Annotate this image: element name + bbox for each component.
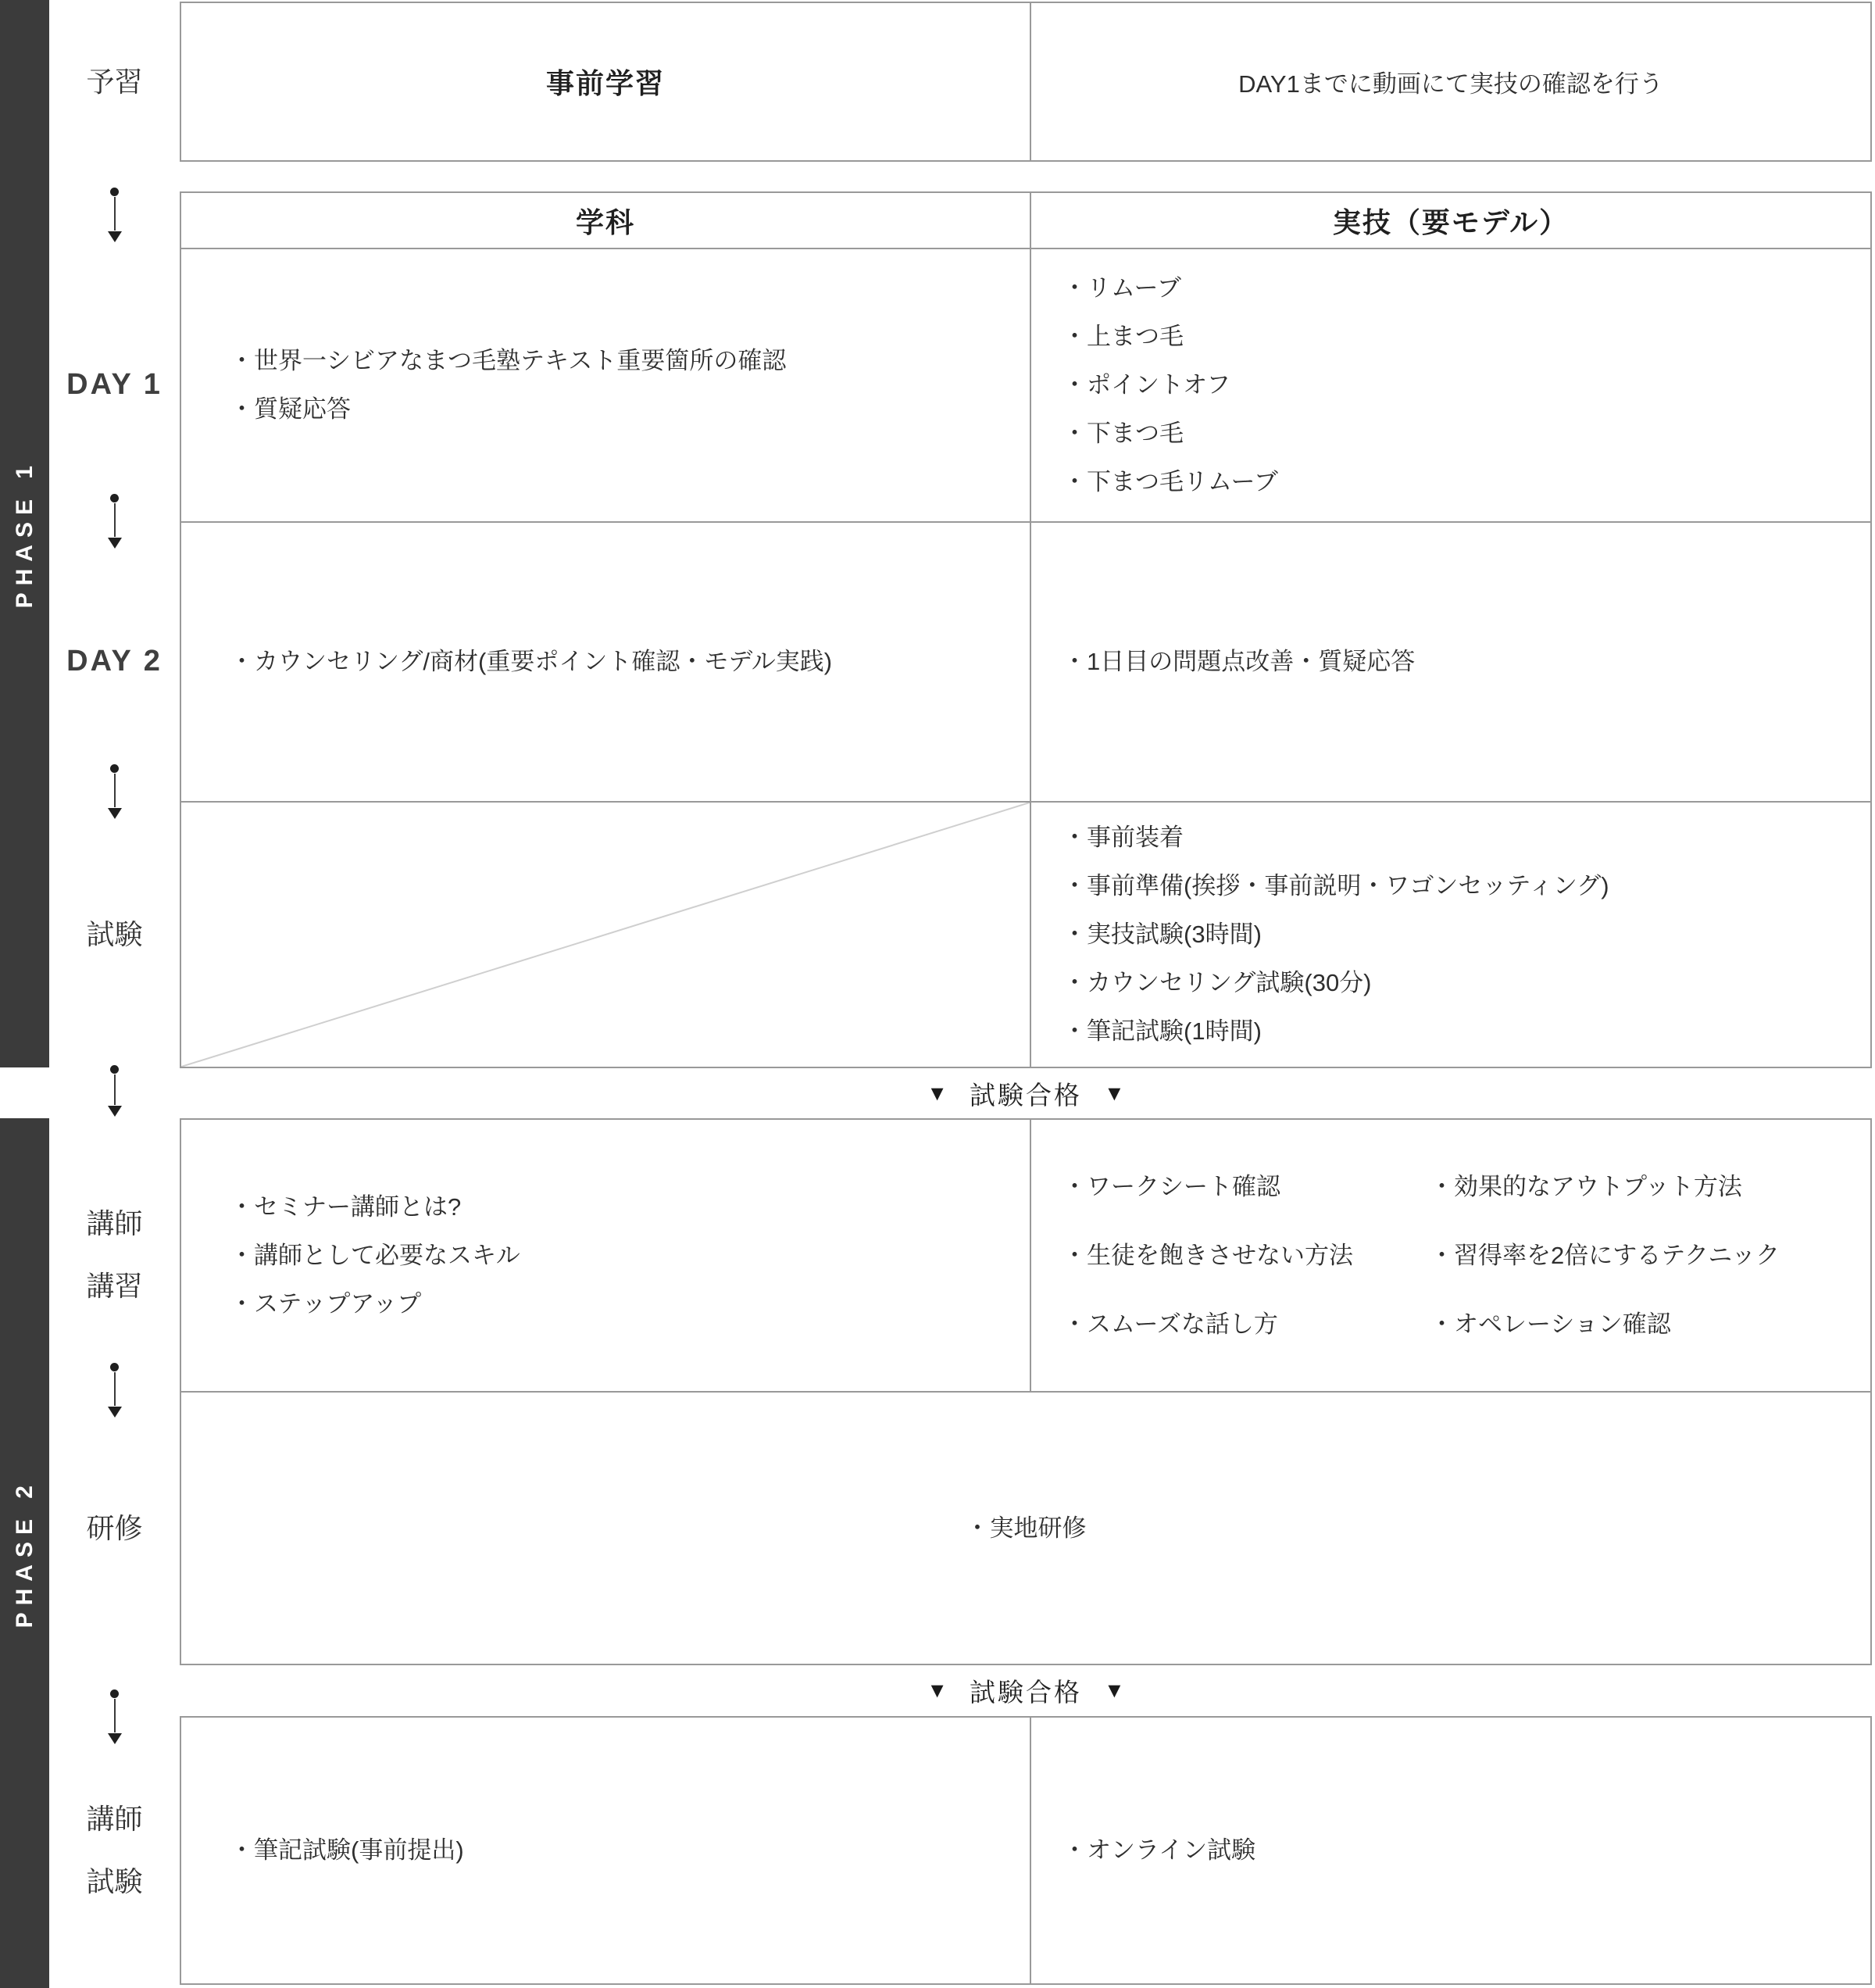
list-item: ・上まつ毛 <box>1062 313 1870 361</box>
flow-arrow-icon <box>49 1689 180 1744</box>
list-item: ・カウンセリング試験(30分) <box>1062 959 1870 1007</box>
header-practical: 実技（要モデル） <box>1333 201 1569 241</box>
list-item: ・オペレーション確認 <box>1430 1290 1870 1359</box>
header-academic: 学科 <box>576 201 635 241</box>
down-triangle-icon: ▼ <box>1104 1083 1125 1104</box>
list-item: ・筆記試験(事前提出) <box>230 1826 1030 1875</box>
prep-table: 事前学習 DAY1までに動画にて実技の確認を行う <box>180 2 1872 162</box>
row-label-prep-text: 予習 <box>86 51 142 113</box>
list-item: ・世界一シビアなまつ毛塾テキスト重要箇所の確認 <box>230 337 1030 385</box>
instructor-exam-practical-cell: ・オンライン試験 <box>1031 1718 1870 1983</box>
row-label-training-text: 研修 <box>86 1497 142 1560</box>
instructor-exam-table: ・筆記試験(事前提出) ・オンライン試験 <box>180 1716 1872 1985</box>
practical-subcolumn-1: ・ワークシート確認 ・生徒を飽きさせない方法 ・スムーズな話し方 <box>1062 1120 1430 1391</box>
phase2-label: PHASE 2 <box>12 1478 38 1628</box>
training-cell: ・実地研修 <box>181 1393 1870 1664</box>
arrow-head-icon <box>108 1733 122 1744</box>
arrow-head-icon <box>108 231 122 242</box>
arrow-head-icon <box>108 538 122 549</box>
list-item: ・ワークシート確認 <box>1062 1153 1430 1221</box>
list-item: ・習得率を2倍にするテクニック <box>1430 1221 1870 1290</box>
arrow-line <box>114 197 116 231</box>
row-label-day1-text: DAY 1 <box>66 367 162 402</box>
row-label-training: 研修 <box>49 1391 180 1665</box>
list-item: ・講師として必要なスキル <box>230 1232 1030 1280</box>
flow-arrow-icon <box>49 764 180 819</box>
arrow-dot <box>110 494 119 502</box>
day2-practical-cell: ・1日目の問題点改善・質疑応答 <box>1031 523 1870 801</box>
exam-practical-cell: ・事前装着 ・事前準備(挨拶・事前説明・ワゴンセッティング) ・実技試験(3時間… <box>1031 803 1870 1067</box>
list-item: ・ステップアップ <box>230 1280 1030 1328</box>
exam-academic-cell-empty <box>181 803 1031 1067</box>
list-item: ・カウンセリング/商材(重要ポイント確認・モデル実践) <box>230 638 1030 686</box>
row-label-instructor-course-line2: 講習 <box>86 1255 142 1318</box>
list-item: ・質疑応答 <box>230 385 1030 434</box>
training-row: ・実地研修 <box>181 1393 1870 1664</box>
curriculum-flow-diagram: PHASE 1 PHASE 2 予習 DAY 1 DAY 2 試験 講師 講習 … <box>0 0 1875 1988</box>
arrow-line <box>114 1372 116 1406</box>
instructor-course-academic-cell: ・セミナー講師とは? ・講師として必要なスキル ・ステップアップ <box>181 1120 1031 1391</box>
exam-pass-banner: ▼ 試験合格 ▼ <box>180 1068 1872 1118</box>
header-academic-cell: 学科 <box>181 193 1031 248</box>
flow-arrow-icon <box>49 1363 180 1418</box>
prep-title: 事前学習 <box>546 62 665 102</box>
practical-subcolumn-2: ・効果的なアウトプット方法 ・習得率を2倍にするテクニック ・オペレーション確認 <box>1430 1120 1870 1391</box>
list-item: ・セミナー講師とは? <box>230 1183 1030 1232</box>
prep-note: DAY1までに動画にて実技の確認を行う <box>1238 64 1663 99</box>
phase1-label: PHASE 1 <box>12 459 38 608</box>
instructor-exam-academic-cell: ・筆記試験(事前提出) <box>181 1718 1031 1983</box>
column-header-row: 学科 実技（要モデル） <box>181 193 1870 249</box>
day1-academic-cell: ・世界一シビアなまつ毛塾テキスト重要箇所の確認 ・質疑応答 <box>181 249 1031 521</box>
row-label-instructor-course: 講師 講習 <box>49 1118 180 1391</box>
exam-pass-label: 試験合格 <box>970 1075 1082 1112</box>
list-item: ・生徒を飽きさせない方法 <box>1062 1221 1430 1290</box>
prep-right-cell: DAY1までに動画にて実技の確認を行う <box>1031 3 1870 160</box>
row-label-instructor-course-line1: 講師 <box>86 1192 142 1255</box>
exam-pass-banner: ▼ 試験合格 ▼ <box>180 1665 1872 1716</box>
list-item: ・実技試験(3時間) <box>1062 910 1870 959</box>
row-label-day2-text: DAY 2 <box>66 644 162 678</box>
row-label-prep: 予習 <box>49 2 180 162</box>
arrow-line <box>114 1699 116 1732</box>
arrow-dot <box>110 1363 119 1371</box>
flow-arrow-icon <box>49 494 180 549</box>
arrow-head-icon <box>108 808 122 819</box>
flow-arrow-icon <box>49 1065 180 1117</box>
arrow-dot <box>110 1689 119 1698</box>
list-item: ・筆記試験(1時間) <box>1062 1007 1870 1056</box>
day2-row: ・カウンセリング/商材(重要ポイント確認・モデル実践) ・1日目の問題点改善・質… <box>181 523 1870 803</box>
list-item: ・実地研修 <box>966 1504 1087 1553</box>
prep-left-cell: 事前学習 <box>181 3 1031 160</box>
list-item: ・事前装着 <box>1062 813 1870 862</box>
arrow-line <box>114 1074 116 1105</box>
day1-practical-cell: ・リムーブ ・上まつ毛 ・ポイントオフ ・下まつ毛 ・下まつ毛リムーブ <box>1031 249 1870 521</box>
row-label-day2: DAY 2 <box>49 521 180 801</box>
list-item: ・1日目の問題点改善・質疑応答 <box>1062 638 1870 686</box>
list-item: ・効果的なアウトプット方法 <box>1430 1153 1870 1221</box>
phase1-table: 学科 実技（要モデル） ・世界一シビアなまつ毛塾テキスト重要箇所の確認 ・質疑応… <box>180 191 1872 1068</box>
diagonal-line <box>181 803 1030 1067</box>
arrow-line <box>114 503 116 537</box>
row-label-day1: DAY 1 <box>49 248 180 521</box>
flow-arrow-icon <box>49 188 180 242</box>
row-label-instructor-exam-line1: 講師 <box>86 1788 142 1850</box>
arrow-head-icon <box>108 1407 122 1418</box>
row-label-exam-text: 試験 <box>86 903 142 966</box>
down-triangle-icon: ▼ <box>927 1680 948 1701</box>
list-item: ・下まつ毛 <box>1062 409 1870 458</box>
arrow-head-icon <box>108 1106 122 1117</box>
phase2-table: ・セミナー講師とは? ・講師として必要なスキル ・ステップアップ ・ワークシート… <box>180 1118 1872 1665</box>
down-triangle-icon: ▼ <box>927 1083 948 1104</box>
instructor-course-row: ・セミナー講師とは? ・講師として必要なスキル ・ステップアップ ・ワークシート… <box>181 1120 1870 1393</box>
arrow-dot <box>110 764 119 773</box>
list-item: ・事前準備(挨拶・事前説明・ワゴンセッティング) <box>1062 862 1870 910</box>
phase2-bar: PHASE 2 <box>0 1118 49 1988</box>
exam-pass-label: 試験合格 <box>970 1672 1082 1709</box>
row-label-instructor-exam-line2: 試験 <box>86 1850 142 1913</box>
down-triangle-icon: ▼ <box>1104 1680 1125 1701</box>
arrow-line <box>114 774 116 807</box>
arrow-dot <box>110 1065 119 1074</box>
day1-row: ・世界一シビアなまつ毛塾テキスト重要箇所の確認 ・質疑応答 ・リムーブ ・上まつ… <box>181 249 1870 523</box>
instructor-course-practical-cell: ・ワークシート確認 ・生徒を飽きさせない方法 ・スムーズな話し方 ・効果的なアウ… <box>1031 1120 1870 1391</box>
list-item: ・オンライン試験 <box>1062 1826 1870 1875</box>
phase1-bar: PHASE 1 <box>0 0 49 1067</box>
day2-academic-cell: ・カウンセリング/商材(重要ポイント確認・モデル実践) <box>181 523 1031 801</box>
list-item: ・下まつ毛リムーブ <box>1062 458 1870 506</box>
row-label-exam: 試験 <box>49 801 180 1068</box>
list-item: ・ポイントオフ <box>1062 361 1870 409</box>
header-practical-cell: 実技（要モデル） <box>1031 193 1870 248</box>
instructor-exam-row: ・筆記試験(事前提出) ・オンライン試験 <box>181 1718 1870 1983</box>
exam-row: ・事前装着 ・事前準備(挨拶・事前説明・ワゴンセッティング) ・実技試験(3時間… <box>181 803 1870 1067</box>
arrow-dot <box>110 188 119 196</box>
list-item: ・リムーブ <box>1062 264 1870 313</box>
row-label-instructor-exam: 講師 試験 <box>49 1716 180 1985</box>
list-item: ・スムーズな話し方 <box>1062 1290 1430 1359</box>
